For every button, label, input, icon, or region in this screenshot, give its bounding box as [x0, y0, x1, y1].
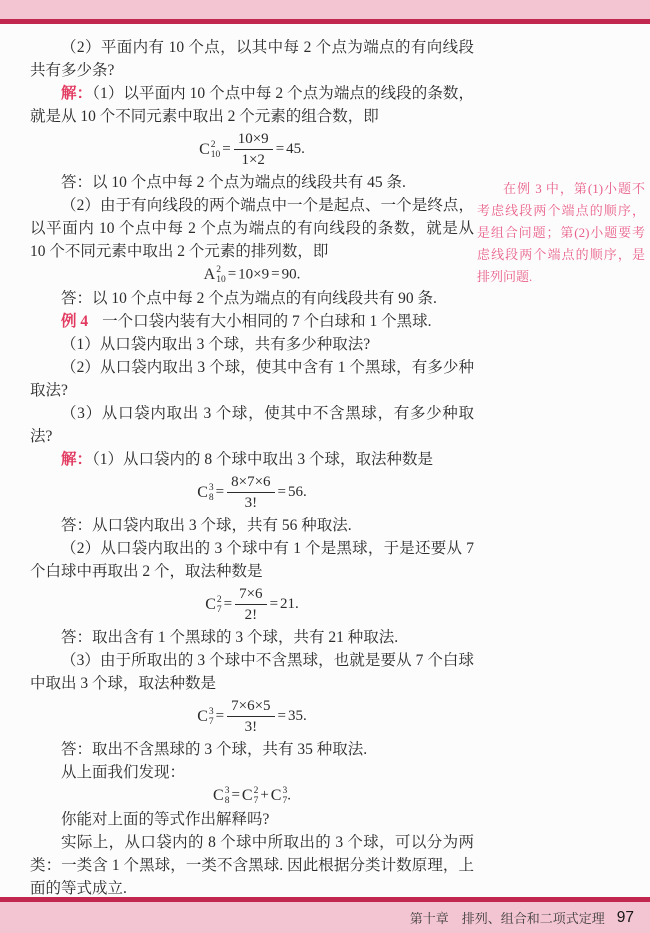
comb-scripts: 38	[209, 483, 214, 503]
paragraph-example-4: 例 4一个口袋内装有大小相同的 7 个白球和 1 个黑球.	[30, 310, 474, 333]
paragraph-text: 答：以 10 个点中每 2 个点为端点的有向线段共有 90 条.	[61, 290, 437, 307]
combination-symbol: C38	[213, 786, 229, 806]
superscript: 3	[209, 707, 214, 717]
paragraph-text: （1）从口袋内取出 3 个球，共有多少种取法?	[61, 336, 370, 353]
equals-sign: =	[229, 787, 241, 803]
top-red-rule	[0, 19, 650, 24]
margin-note: 在例 3 中，第(1)小题不考虑线段两个端点的顺序，是组合问题；第(2)小题要考…	[477, 178, 645, 288]
comb-letter: C	[271, 787, 282, 805]
denominator: 3!	[227, 716, 274, 736]
numerator: 8×7×6	[227, 473, 274, 492]
comb-scripts: 27	[217, 595, 222, 615]
denominator: 2!	[235, 604, 266, 624]
comb-letter: C	[197, 484, 208, 502]
formula-c7-2: C27=7×62!=21.	[30, 585, 474, 624]
comb-letter: C	[205, 596, 216, 614]
superscript: 3	[209, 483, 214, 493]
subscript: 7	[209, 717, 214, 727]
paragraph-text: （2）从口袋内取出 3 个球，使其中含有 1 个黑球，有多少种取法?	[30, 359, 474, 399]
comb-letter: C	[197, 708, 208, 726]
chapter-title: 第十章 排列、组合和二项式定理	[410, 908, 605, 927]
numerator: 7×6×5	[227, 697, 274, 716]
period: .	[287, 787, 291, 803]
permutation-symbol: A210	[204, 265, 226, 285]
combination-symbol: C27	[242, 786, 258, 806]
paragraph-text: （1）从口袋内的 8 个球中取出 3 个球，取法种数是	[92, 451, 433, 468]
paragraph-answer-90: 答：以 10 个点中每 2 个点为端点的有向线段共有 90 条.	[30, 287, 474, 310]
paragraph-ex4-part2: （2）从口袋内取出的 3 个球中有 1 个是黑球，于是还要从 7 个白球中再取出…	[30, 537, 474, 583]
paragraph-explain-question: 你能对上面的等式作出解释吗?	[30, 808, 474, 831]
subscript: 10	[211, 150, 221, 160]
paragraph-conclusion: 实际上，从口袋内的 8 个球中所取出的 3 个球，可以分为两类：一类含 1 个黑…	[30, 831, 474, 900]
margin-note-text: 在例 3 中，第(1)小题不考虑线段两个端点的顺序，是组合问题；第(2)小题要考…	[477, 181, 645, 284]
formula-c7-3: C37=7×6×53!=35.	[30, 697, 474, 736]
equals-sign: =	[274, 141, 286, 157]
paragraph-question-2: （2）平面内有 10 个点，以其中每 2 个点为端点的有向线段共有多少条?	[30, 36, 474, 82]
equals-sign: =	[222, 596, 234, 612]
formula-identity: C38=C27+C37.	[30, 786, 474, 806]
paragraph-ex4-q1: （1）从口袋内取出 3 个球，共有多少种取法?	[30, 333, 474, 356]
example-label: 例 4	[61, 313, 88, 330]
subscript: 8	[209, 493, 214, 503]
comb-letter: C	[242, 787, 253, 805]
combination-symbol: C210	[199, 140, 220, 160]
paragraph-text: 答：取出含有 1 个黑球的 3 个球，共有 21 种取法.	[61, 629, 398, 646]
denominator: 3!	[227, 492, 274, 512]
paragraph-part2-directed: （2）由于有向线段的两个端点中一个是起点、一个是终点，以平面内 10 个点中每 …	[30, 194, 474, 263]
paragraph-ex4-part3: （3）由于所取出的 3 个球中不含黑球，也就是要从 7 个白球中取出 3 个球，…	[30, 649, 474, 695]
fraction: 10×91×2	[234, 130, 273, 169]
subscript: 10	[216, 275, 226, 285]
paragraph-text: 答：以 10 个点中每 2 个点为端点的线段共有 45 条.	[61, 174, 406, 191]
fraction: 7×62!	[235, 585, 266, 624]
formula-expression: 10×9	[238, 266, 269, 282]
paragraph-text: （2）由于有向线段的两个端点中一个是起点、一个是终点，以平面内 10 个点中每 …	[30, 197, 474, 260]
paragraph-text: 实际上，从口袋内的 8 个球中所取出的 3 个球，可以分为两类：一类含 1 个黑…	[30, 834, 474, 897]
comb-scripts: 37	[209, 707, 214, 727]
main-text-column: （2）平面内有 10 个点，以其中每 2 个点为端点的有向线段共有多少条? 解：…	[30, 36, 474, 900]
page-number: 97	[617, 909, 634, 927]
paragraph-ex4-q2: （2）从口袋内取出 3 个球，使其中含有 1 个黑球，有多少种取法?	[30, 356, 474, 402]
numerator: 10×9	[234, 130, 273, 149]
formula-c8-3: C38=8×7×63!=56.	[30, 473, 474, 512]
paragraph-discovery: 从上面我们发现：	[30, 761, 474, 784]
paragraph-ex4-q3: （3）从口袋内取出 3 个球，使其中不含黑球，有多少种取法?	[30, 402, 474, 448]
paragraph-text: 答：从口袋内取出 3 个球，共有 56 种取法.	[61, 517, 352, 534]
solution-label: 解：	[61, 85, 92, 102]
formula-c10-2: C210=10×91×2=45.	[30, 130, 474, 169]
equals-sign: =	[269, 266, 281, 282]
solution-label: 解：	[61, 451, 92, 468]
equals-sign: =	[268, 596, 280, 612]
paragraph-text: 你能对上面的等式作出解释吗?	[61, 811, 269, 828]
top-pink-band	[0, 0, 650, 19]
equals-sign: =	[226, 266, 238, 282]
formula-a10-2: A210=10×9=90.	[30, 265, 474, 285]
combination-symbol: C27	[205, 595, 221, 615]
paragraph-answer-21: 答：取出含有 1 个黑球的 3 个球，共有 21 种取法.	[30, 626, 474, 649]
comb-letter: C	[199, 141, 210, 159]
formula-result: 21.	[280, 596, 299, 612]
equals-sign: =	[214, 484, 226, 500]
formula-result: 90.	[282, 266, 301, 282]
formula-result: 56.	[288, 484, 307, 500]
paragraph-text: （3）从口袋内取出 3 个球，使其中不含黑球，有多少种取法?	[30, 405, 474, 445]
paragraph-text: （2）平面内有 10 个点，以其中每 2 个点为端点的有向线段共有多少条?	[30, 39, 474, 79]
paragraph-text: 一个口袋内装有大小相同的 7 个白球和 1 个黑球.	[102, 313, 431, 330]
paragraph-text: （3）由于所取出的 3 个球中不含黑球，也就是要从 7 个白球中取出 3 个球，…	[30, 652, 474, 692]
numerator: 7×6	[235, 585, 266, 604]
comb-letter: A	[204, 266, 216, 284]
plus-sign: +	[258, 787, 270, 803]
paragraph-text: （2）从口袋内取出的 3 个球中有 1 个是黑球，于是还要从 7 个白球中再取出…	[30, 540, 474, 580]
formula-result: 35.	[288, 708, 307, 724]
comb-scripts: 210	[211, 140, 221, 160]
equals-sign: =	[276, 484, 288, 500]
paragraph-answer-35: 答：取出不含黑球的 3 个球，共有 35 种取法.	[30, 738, 474, 761]
equals-sign: =	[220, 141, 232, 157]
paragraph-answer-56: 答：从口袋内取出 3 个球，共有 56 种取法.	[30, 514, 474, 537]
comb-letter: C	[213, 787, 224, 805]
formula-result: 45.	[286, 141, 305, 157]
subscript: 7	[217, 605, 222, 615]
equals-sign: =	[276, 708, 288, 724]
comb-scripts: 210	[216, 265, 226, 285]
combination-symbol: C37	[271, 786, 287, 806]
combination-symbol: C37	[197, 707, 213, 727]
fraction: 7×6×53!	[227, 697, 274, 736]
combination-symbol: C38	[197, 483, 213, 503]
superscript: 2	[216, 265, 226, 275]
paragraph-text: 从上面我们发现：	[61, 764, 185, 781]
superscript: 2	[211, 140, 221, 150]
paragraph-solution-ex3: 解：（1）以平面内 10 个点中每 2 个点为端点的线段的条数，就是从 10 个…	[30, 82, 474, 128]
paragraph-text: 答：取出不含黑球的 3 个球，共有 35 种取法.	[61, 741, 367, 758]
page-footer: 第十章 排列、组合和二项式定理 97	[0, 902, 634, 933]
superscript: 2	[217, 595, 222, 605]
denominator: 1×2	[234, 149, 273, 169]
paragraph-text: （1）以平面内 10 个点中每 2 个点为端点的线段的条数，就是从 10 个不同…	[30, 85, 474, 125]
textbook-page: （2）平面内有 10 个点，以其中每 2 个点为端点的有向线段共有多少条? 解：…	[0, 0, 650, 933]
fraction: 8×7×63!	[227, 473, 274, 512]
paragraph-answer-45: 答：以 10 个点中每 2 个点为端点的线段共有 45 条.	[30, 171, 474, 194]
equals-sign: =	[214, 708, 226, 724]
paragraph-solution-ex4: 解：（1）从口袋内的 8 个球中取出 3 个球，取法种数是	[30, 448, 474, 471]
